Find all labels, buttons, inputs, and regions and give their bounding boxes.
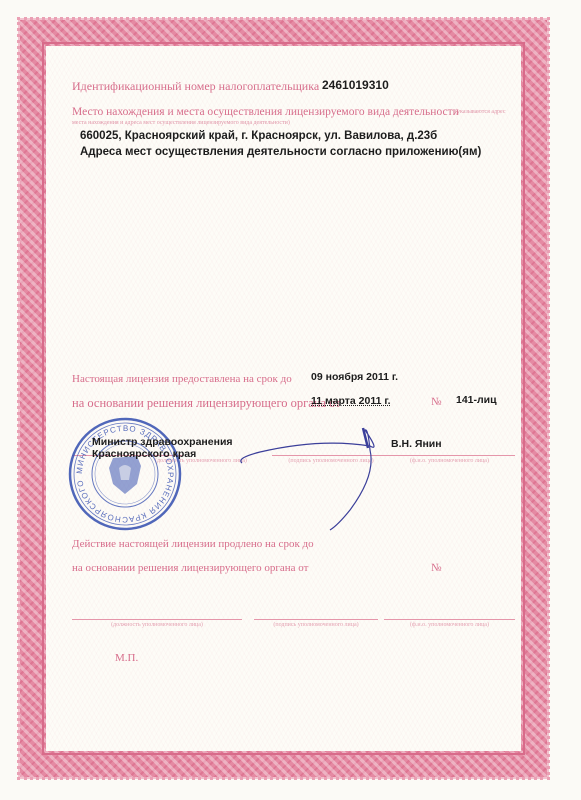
official-seal-stamp: МИНИСТЕРСТВО ЗДРАВООХРАНЕНИЯ КРАСНОЯРСКО… — [67, 416, 183, 532]
term-label: Настоящая лицензия предоставлена на срок… — [72, 373, 292, 385]
taxpayer-id-label: Идентификационный номер налогоплательщик… — [72, 79, 319, 94]
license-number: 141-лиц — [456, 394, 497, 406]
official-position-line-2: Красноярского края — [92, 448, 196, 460]
handwritten-signature — [230, 400, 430, 540]
extension-number-sign: № — [431, 562, 442, 574]
location-note-line2: места нахождения и адреса мест осуществл… — [72, 120, 290, 126]
extension-caption-name: (ф.и.о. уполномоченного лица) — [384, 622, 515, 628]
license-page: Идентификационный номер налогоплательщик… — [0, 0, 581, 800]
official-name: В.Н. Янин — [391, 438, 442, 450]
extension-caption-signature: (подпись уполномоченного лица) — [254, 622, 378, 628]
extension-position-line — [72, 619, 242, 620]
seal-placeholder: М.П. — [115, 652, 138, 664]
extension-basis-label: на основании решения лицензирующего орга… — [72, 562, 308, 574]
official-position-line-1: Министр здравоохранения — [92, 436, 233, 448]
extension-label: Действие настоящей лицензии продлено на … — [72, 538, 314, 550]
location-note: (указываются адрес — [455, 109, 506, 115]
address-line-1: 660025, Красноярский край, г. Красноярск… — [80, 130, 437, 142]
term-value: 09 ноября 2011 г. — [311, 371, 398, 383]
extension-name-line — [384, 619, 515, 620]
location-label: Место нахождения и места осуществления л… — [72, 106, 459, 118]
number-sign: № — [431, 396, 442, 408]
taxpayer-id-value: 2461019310 — [322, 78, 389, 92]
extension-signature-line — [254, 619, 378, 620]
address-line-2: Адреса мест осуществления деятельности с… — [80, 146, 481, 158]
extension-caption-position: (должность уполномоченного лица) — [72, 622, 242, 628]
